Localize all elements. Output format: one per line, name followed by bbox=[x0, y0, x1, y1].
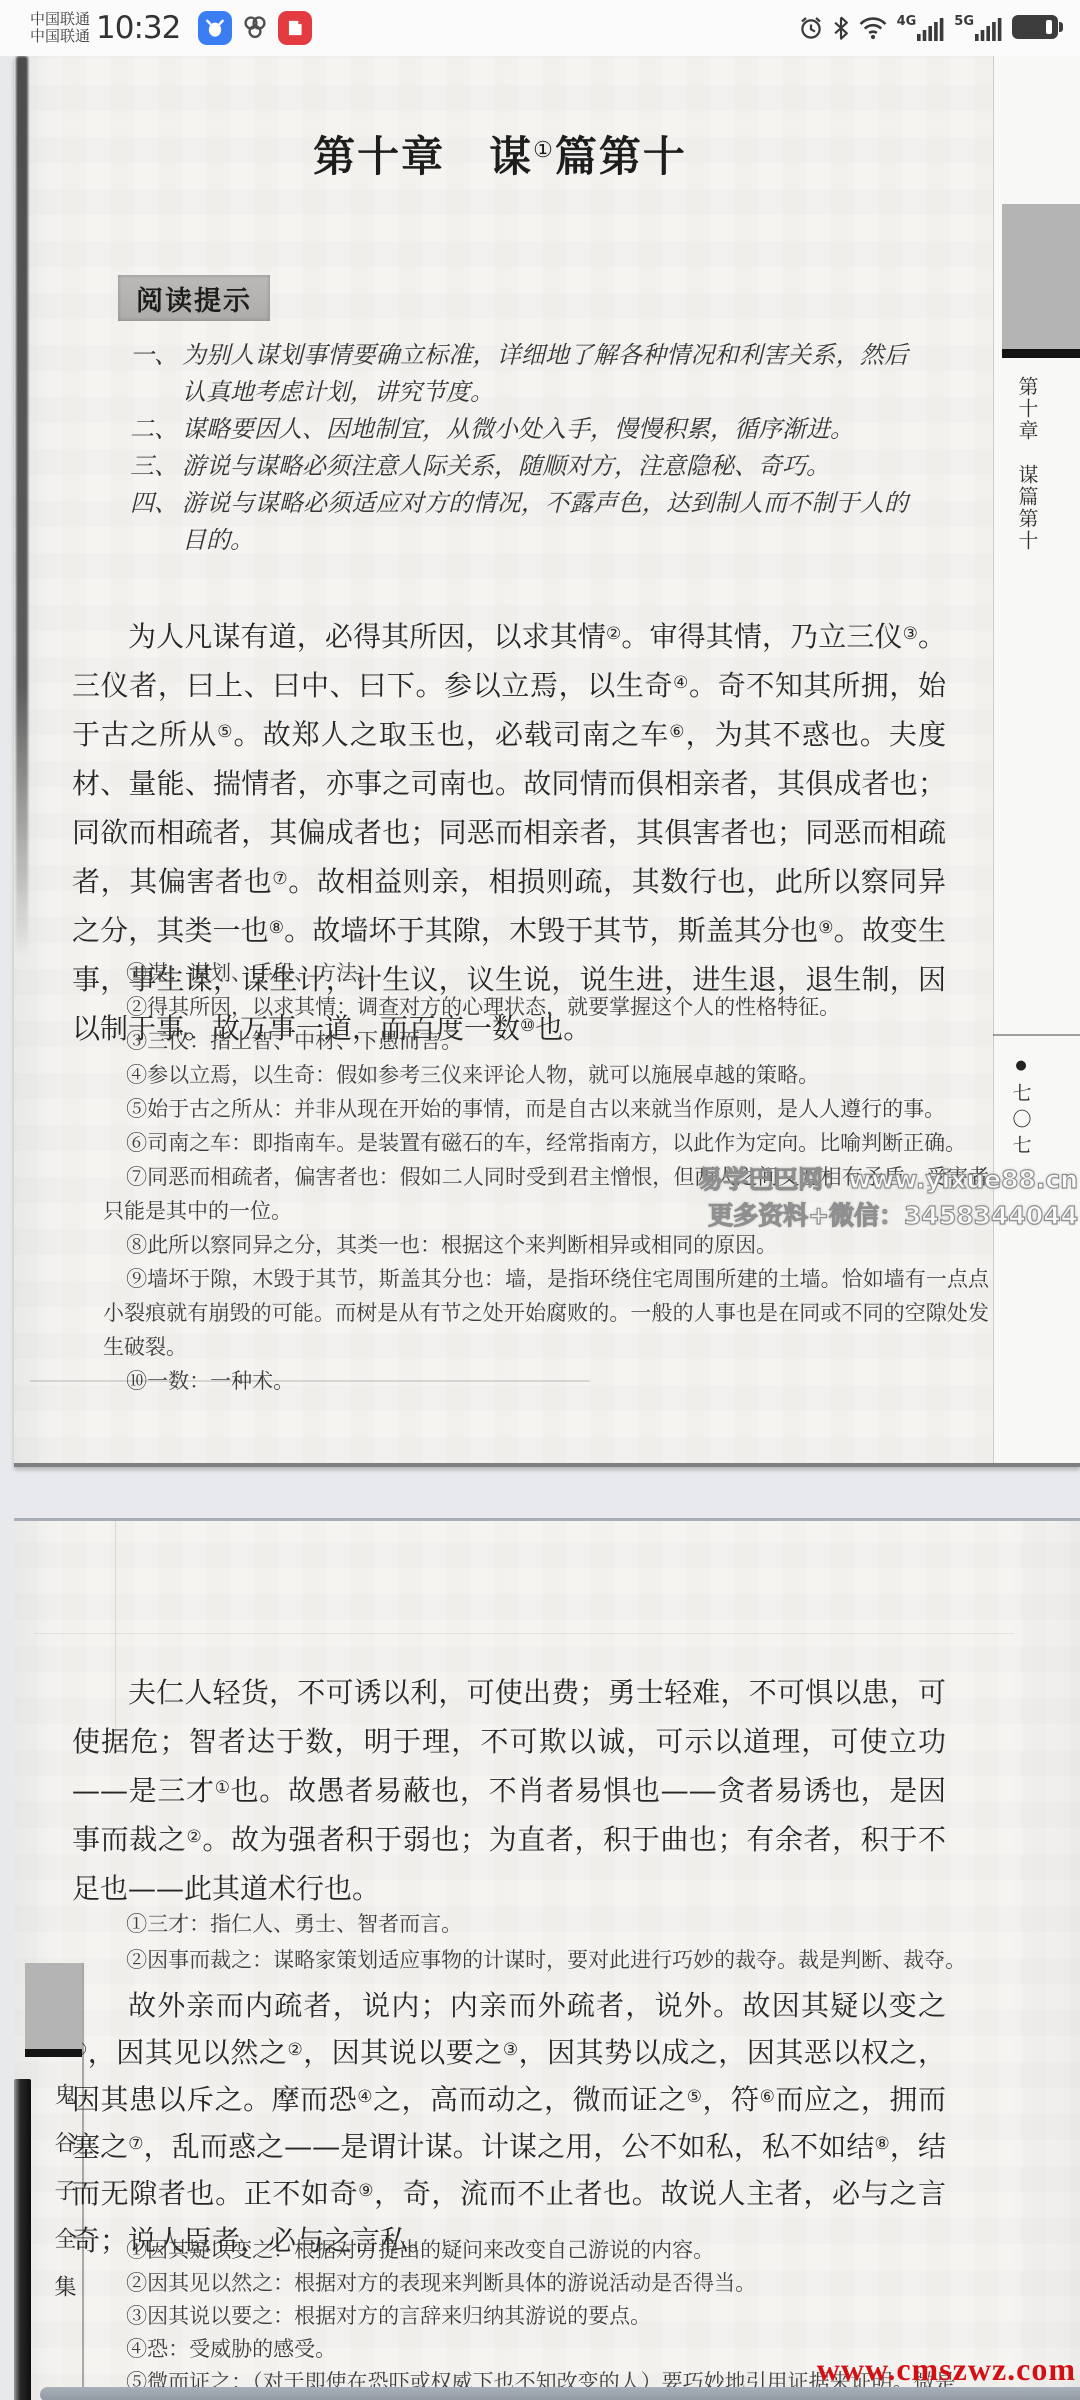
book-page-707[interactable]: 第十章 谋①篇第十 阅读提示 一、为别人谋划事情要确立标准，详细地了解各种情况和… bbox=[14, 56, 1080, 1467]
alarm-clock-icon bbox=[798, 15, 824, 41]
reading-tips-list: 一、为别人谋划事情要确立标准，详细地了解各种情况和利害关系，然后认真地考虑计划，… bbox=[130, 337, 908, 559]
footnote: ②因事而裁之：谋略家策划适应事物的计谋时，要对此进行巧妙的裁夺。裁是判断、裁夺。 bbox=[103, 1942, 989, 1978]
page-number-value: 七〇七 bbox=[1008, 1083, 1035, 1161]
reading-tip-item: 四、游说与谋略必须适应对方的情况，不露声色，达到制人而不制于人的目的。 bbox=[130, 485, 908, 559]
bug-app-icon bbox=[198, 11, 232, 45]
main-text-paragraph: 故外亲而内疏者，说内；内亲而外疏者，说外。故因其疑以变之①，因其见以然之②，因其… bbox=[72, 1982, 946, 2264]
watermark-wechat-line: 更多资料+微信：3458344044 bbox=[648, 1198, 1078, 1234]
scan-artifact-line bbox=[34, 1633, 1014, 1634]
watermark-site-line: 易学巴巴网：www.yixue88.cn bbox=[648, 1162, 1078, 1198]
footnote: ⑨墙坏于隙，木毁于其节，斯盖其分也：墙，是指环绕住宅周围所建的土墙。恰如墙有一点… bbox=[103, 1262, 989, 1364]
page-bottom-edge bbox=[40, 2387, 1080, 2400]
status-bar-left: 中国联通 中国联通 10:32 bbox=[30, 10, 312, 46]
footnote: ①谋：谋划、手段、方法。 bbox=[103, 956, 989, 990]
main-text-paragraph: 夫仁人轻货，不可诱以利，可使出费；勇士轻难，不可惧以患，可使据危；智者达于数，明… bbox=[72, 1668, 946, 1913]
status-time: 10:32 bbox=[96, 10, 180, 46]
carrier-sim1: 中国联通 bbox=[30, 11, 90, 28]
network-badge-4g: 4G bbox=[897, 15, 917, 28]
reading-tip-item: 二、谋略要因人、因地制宜，从微小处入手，慢慢积累，循序渐进。 bbox=[130, 411, 908, 448]
watermark-cmszwz: www.cmszwz.com bbox=[817, 2351, 1076, 2388]
wifi-icon bbox=[858, 15, 888, 41]
margin-rule bbox=[82, 1963, 84, 2400]
tip-number: 一、 bbox=[130, 337, 178, 374]
watermark-yixue: 易学巴巴网：www.yixue88.cn 更多资料+微信：3458344044 bbox=[648, 1162, 1078, 1234]
page-left-shadow-edge bbox=[16, 56, 28, 956]
page-left-shadow-edge bbox=[14, 2079, 31, 2400]
signal-5g: 5G bbox=[954, 15, 1003, 41]
status-bar-right: 4G 5G bbox=[789, 15, 1058, 41]
scan-artifact-line bbox=[30, 1380, 590, 1382]
signal-4g: 4G bbox=[897, 15, 946, 41]
footnote: ④参以立焉，以生奇：假如参考三仪来评论人物，就可以施展卓越的策略。 bbox=[103, 1058, 989, 1092]
signal-bars-icon bbox=[975, 15, 1003, 41]
bluetooth-icon bbox=[833, 15, 849, 41]
footnote: ⑤始于古之所从：并非从现在开始的事情，而是自古以来就当作原则，是人人遵行的事。 bbox=[103, 1092, 989, 1126]
footnotes-block: ①三才：指仁人、勇士、智者而言。 ②因事而裁之：谋略家策划适应事物的计谋时，要对… bbox=[103, 1906, 989, 1978]
chapter-title: 第十章 谋①篇第十 bbox=[60, 124, 940, 184]
status-bar: 中国联通 中国联通 10:32 bbox=[0, 0, 1080, 56]
chapter-side-title: 第十章 谋篇第十 bbox=[1013, 376, 1042, 552]
reader-app-icon bbox=[278, 11, 312, 45]
tip-number: 四、 bbox=[130, 485, 178, 522]
reading-tips-label: 阅读提示 bbox=[118, 275, 270, 321]
clover-app-icon bbox=[240, 13, 270, 43]
book-page-next[interactable]: 夫仁人轻货，不可诱以利，可使出费；勇士轻难，不可惧以患，可使据危；智者达于数，明… bbox=[14, 1518, 1080, 2400]
book-thumb-tab bbox=[25, 1963, 82, 2049]
carrier-label: 中国联通 中国联通 bbox=[30, 11, 90, 45]
reading-tip-item: 一、为别人谋划事情要确立标准，详细地了解各种情况和利害关系，然后认真地考虑计划，… bbox=[130, 337, 908, 411]
footnote: ①因其疑以变之：根据对方提出的疑问来改变自己游说的内容。 bbox=[103, 2234, 989, 2267]
tip-text: 游说与谋略必须注意人际关系，随顺对方，注意隐秘、奇巧。 bbox=[182, 452, 830, 480]
carrier-sim2: 中国联通 bbox=[30, 28, 90, 45]
chapter-thumb-tab bbox=[1002, 204, 1080, 349]
footnote: ⑥司南之车：即指南车。是装置有磁石的车，经常指南方，以此作为定向。比喻判断正确。 bbox=[103, 1126, 989, 1160]
footnote: ②得其所因，以求其情：调查对方的心理状态，就要掌握这个人的性格特征。 bbox=[103, 990, 989, 1024]
network-badge-5g: 5G bbox=[954, 15, 974, 28]
footnote: ③因其说以要之：根据对方的言辞来归纳其游说的要点。 bbox=[103, 2300, 989, 2333]
margin-rule bbox=[993, 1034, 1080, 1036]
page-number: ● 七〇七 bbox=[1004, 1058, 1038, 1161]
tip-text: 游说与谋略必须适应对方的情况，不露声色，达到制人而不制于人的目的。 bbox=[182, 489, 908, 554]
battery-icon bbox=[1012, 15, 1058, 39]
book-side-title: 鬼谷子全集 bbox=[48, 2083, 79, 2323]
page-number-dot: ● bbox=[1015, 1058, 1026, 1073]
signal-bars-icon bbox=[917, 15, 945, 41]
reading-tip-item: 三、游说与谋略必须注意人际关系，随顺对方，注意隐秘、奇巧。 bbox=[130, 448, 908, 485]
footnote: ②因其见以然之：根据对方的表现来判断具体的游说活动是否得当。 bbox=[103, 2267, 989, 2300]
footnote: ③三仪：指上智、中材、下愚而言。 bbox=[103, 1024, 989, 1058]
footnote: ①三才：指仁人、勇士、智者而言。 bbox=[103, 1906, 989, 1942]
tip-text: 谋略要因人、因地制宜，从微小处入手，慢慢积累，循序渐进。 bbox=[182, 415, 854, 443]
tip-number: 三、 bbox=[130, 448, 178, 485]
tip-number: 二、 bbox=[130, 411, 178, 448]
tip-text: 为别人谋划事情要确立标准，详细地了解各种情况和利害关系，然后认真地考虑计划，讲究… bbox=[182, 341, 908, 406]
